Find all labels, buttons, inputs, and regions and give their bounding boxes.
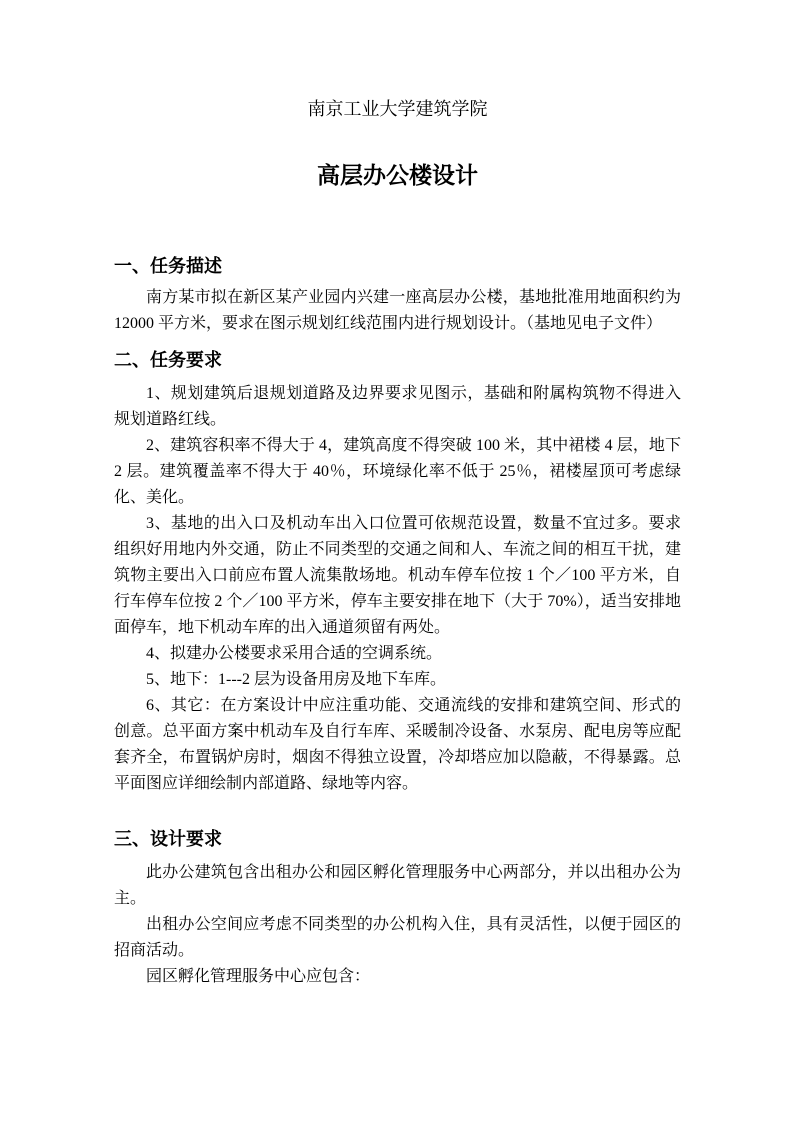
section-design-requirements: 三、设计要求 此办公建筑包含出租办公和园区孵化管理服务中心两部分，并以出租办公为… [114, 826, 681, 990]
paragraph-requirement-3: 3、基地的出入口及机动车出入口位置可依规范设置，数量不宜过多。要求组织好用地内外… [114, 511, 681, 641]
paragraph-requirement-1: 1、规划建筑后退规划道路及边界要求见图示，基础和附属构筑物不得进入规划道路红线。 [114, 381, 681, 433]
paragraph-design-1: 此办公建筑包含出租办公和园区孵化管理服务中心两部分，并以出租办公为主。 [114, 860, 681, 912]
paragraph-requirement-4: 4、拟建办公楼要求采用合适的空调系统。 [114, 641, 681, 667]
paragraph-design-2: 出租办公空间应考虑不同类型的办公机构入住，具有灵活性，以便于园区的招商活动。 [114, 912, 681, 964]
paragraph-requirement-5: 5、地下：1---2 层为设备用房及地下车库。 [114, 667, 681, 693]
document-title: 高层办公楼设计 [114, 160, 681, 192]
paragraph-requirement-2: 2、建筑容积率不得大于 4，建筑高度不得突破 100 米，其中裙楼 4 层，地下… [114, 433, 681, 511]
section-task-description: 一、任务描述 南方某市拟在新区某产业园内兴建一座高层办公楼，基地批准用地面积约为… [114, 253, 681, 337]
section-heading-task-description: 一、任务描述 [114, 253, 681, 279]
document-page: 南京工业大学建筑学院 高层办公楼设计 一、任务描述 南方某市拟在新区某产业园内兴… [0, 0, 794, 1123]
paragraph-design-3: 园区孵化管理服务中心应包含： [114, 964, 681, 990]
section-heading-design-requirements: 三、设计要求 [114, 826, 681, 852]
paragraph-task-description-1: 南方某市拟在新区某产业园内兴建一座高层办公楼，基地批准用地面积约为 12000 … [114, 285, 681, 337]
paragraph-requirement-6: 6、其它：在方案设计中应注重功能、交通流线的安排和建筑空间、形式的创意。总平面方… [114, 693, 681, 797]
section-heading-task-requirements: 二、任务要求 [114, 347, 681, 373]
institution-line: 南京工业大学建筑学院 [114, 96, 681, 122]
section-task-requirements: 二、任务要求 1、规划建筑后退规划道路及边界要求见图示，基础和附属构筑物不得进入… [114, 347, 681, 797]
